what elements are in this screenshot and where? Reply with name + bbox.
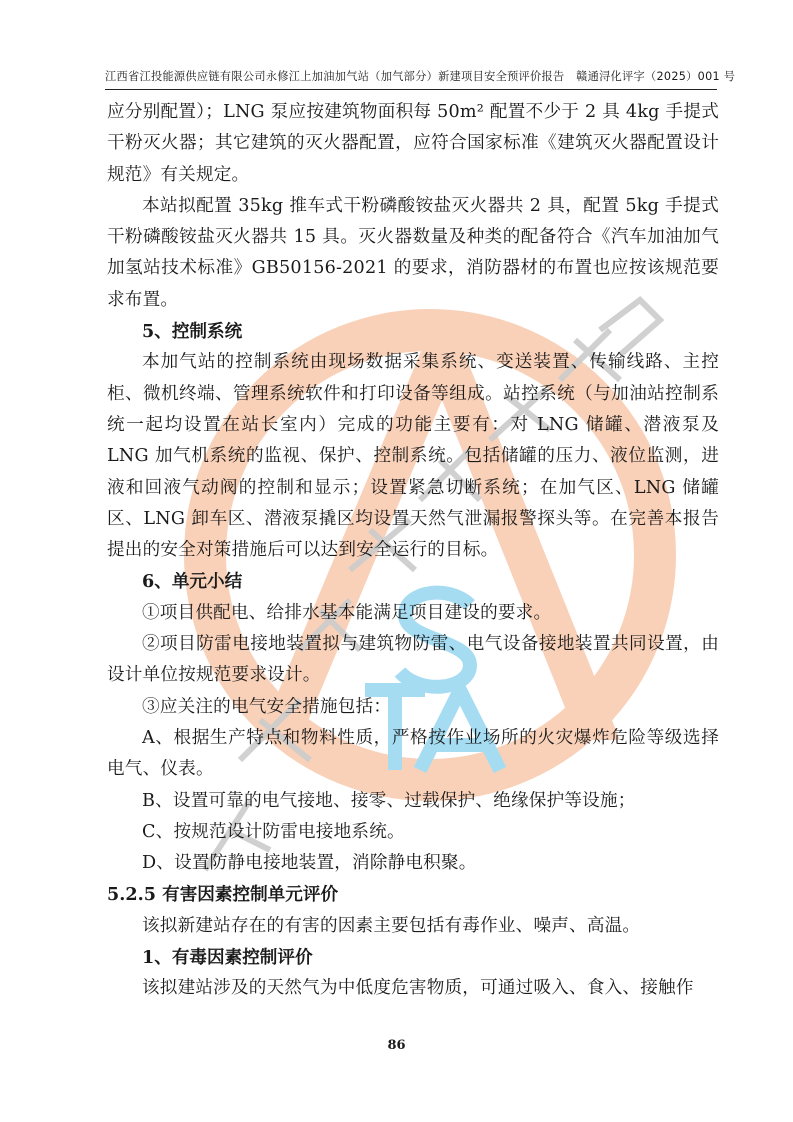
section-heading: 6、单元小结 bbox=[107, 566, 719, 597]
list-item: C、按规范设计防雷电接地系统。 bbox=[107, 817, 719, 848]
paragraph: 应分别配置）；LNG 泵应按建筑物面积每 50m² 配置不少于 2 具 4kg … bbox=[107, 97, 719, 191]
page-header: 江西省江投能源供应链有限公司永修江上加油加气站（加气部分）新建项目安全预评价报告… bbox=[105, 68, 717, 90]
list-item: ①项目供配电、给排水基本能满足项目建设的要求。 bbox=[107, 598, 719, 629]
document-body: 应分别配置）；LNG 泵应按建筑物面积每 50m² 配置不少于 2 具 4kg … bbox=[107, 97, 719, 1005]
list-item: A、根据生产特点和物料性质，严格按作业场所的火灾爆炸危险等级选择电气、仪表。 bbox=[107, 723, 719, 786]
list-item: D、设置防静电接地装置，消除静电积聚。 bbox=[107, 848, 719, 879]
list-item: ②项目防雷电接地装置拟与建筑物防雷、电气设备接地装置共同设置，由设计单位按规范要… bbox=[107, 629, 719, 692]
paragraph: 该拟建站涉及的天然气为中低度危害物质，可通过吸入、食入、接触作 bbox=[107, 973, 719, 1004]
paragraph: 本加气站的控制系统由现场数据采集系统、变送装置、传输线路、主控柜、微机终端、管理… bbox=[107, 347, 719, 566]
subsection-heading: 5.2.5 有害因素控制单元评价 bbox=[107, 879, 719, 910]
section-heading: 5、控制系统 bbox=[107, 316, 719, 347]
list-item: B、设置可靠的电气接地、接零、过载保护、绝缘保护等设施； bbox=[107, 786, 719, 817]
paragraph: 该拟新建站存在的有害的因素主要包括有毒作业、噪声、高温。 bbox=[107, 911, 719, 942]
header-title: 江西省江投能源供应链有限公司永修江上加油加气站（加气部分）新建项目安全预评价报告 bbox=[105, 70, 565, 83]
header-doc-number: 赣通浔化评字（2025）001 号 bbox=[576, 70, 735, 83]
list-item: ③应关注的电气安全措施包括： bbox=[107, 692, 719, 723]
section-heading: 1、有毒因素控制评价 bbox=[107, 942, 719, 973]
page-number: 86 bbox=[0, 1038, 793, 1053]
paragraph: 本站拟配置 35kg 推车式干粉磷酸铵盐灭火器共 2 具，配置 5kg 手提式干… bbox=[107, 191, 719, 316]
